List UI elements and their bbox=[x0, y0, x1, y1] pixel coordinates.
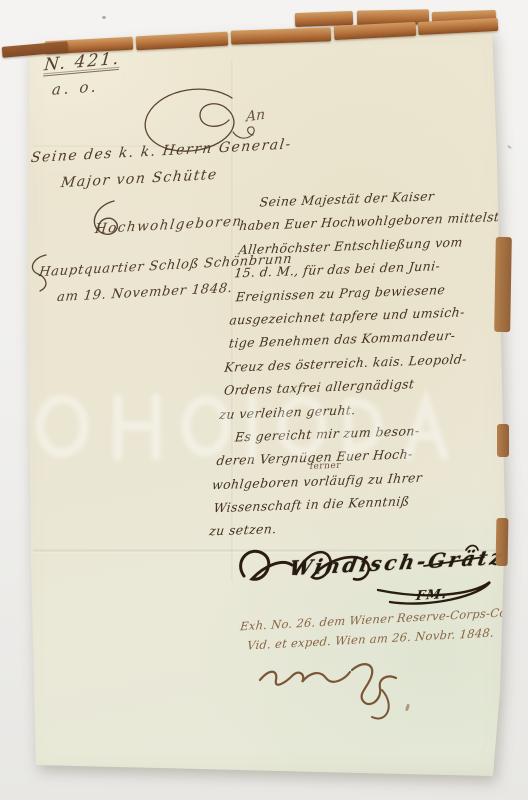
binding-remnant bbox=[496, 518, 509, 566]
photograph-of-manuscript: N. 421. a. o. An Seine des k. k. Herrn G… bbox=[0, 0, 528, 800]
place-date-line-2: am 19. November 1848. bbox=[56, 281, 234, 305]
reference-annotation: a. o. bbox=[51, 77, 100, 98]
letter-body: Seine Majestät der Kaiser haben Euer Hoc… bbox=[206, 182, 511, 544]
address-line-2: Major von Schütte bbox=[60, 167, 219, 191]
salutation-text: An bbox=[246, 107, 266, 126]
registrar-signature-flourish bbox=[252, 648, 427, 710]
binding-remnant bbox=[494, 237, 512, 332]
signature-rank: FM. bbox=[415, 587, 448, 604]
faint-watermark bbox=[0, 378, 528, 488]
